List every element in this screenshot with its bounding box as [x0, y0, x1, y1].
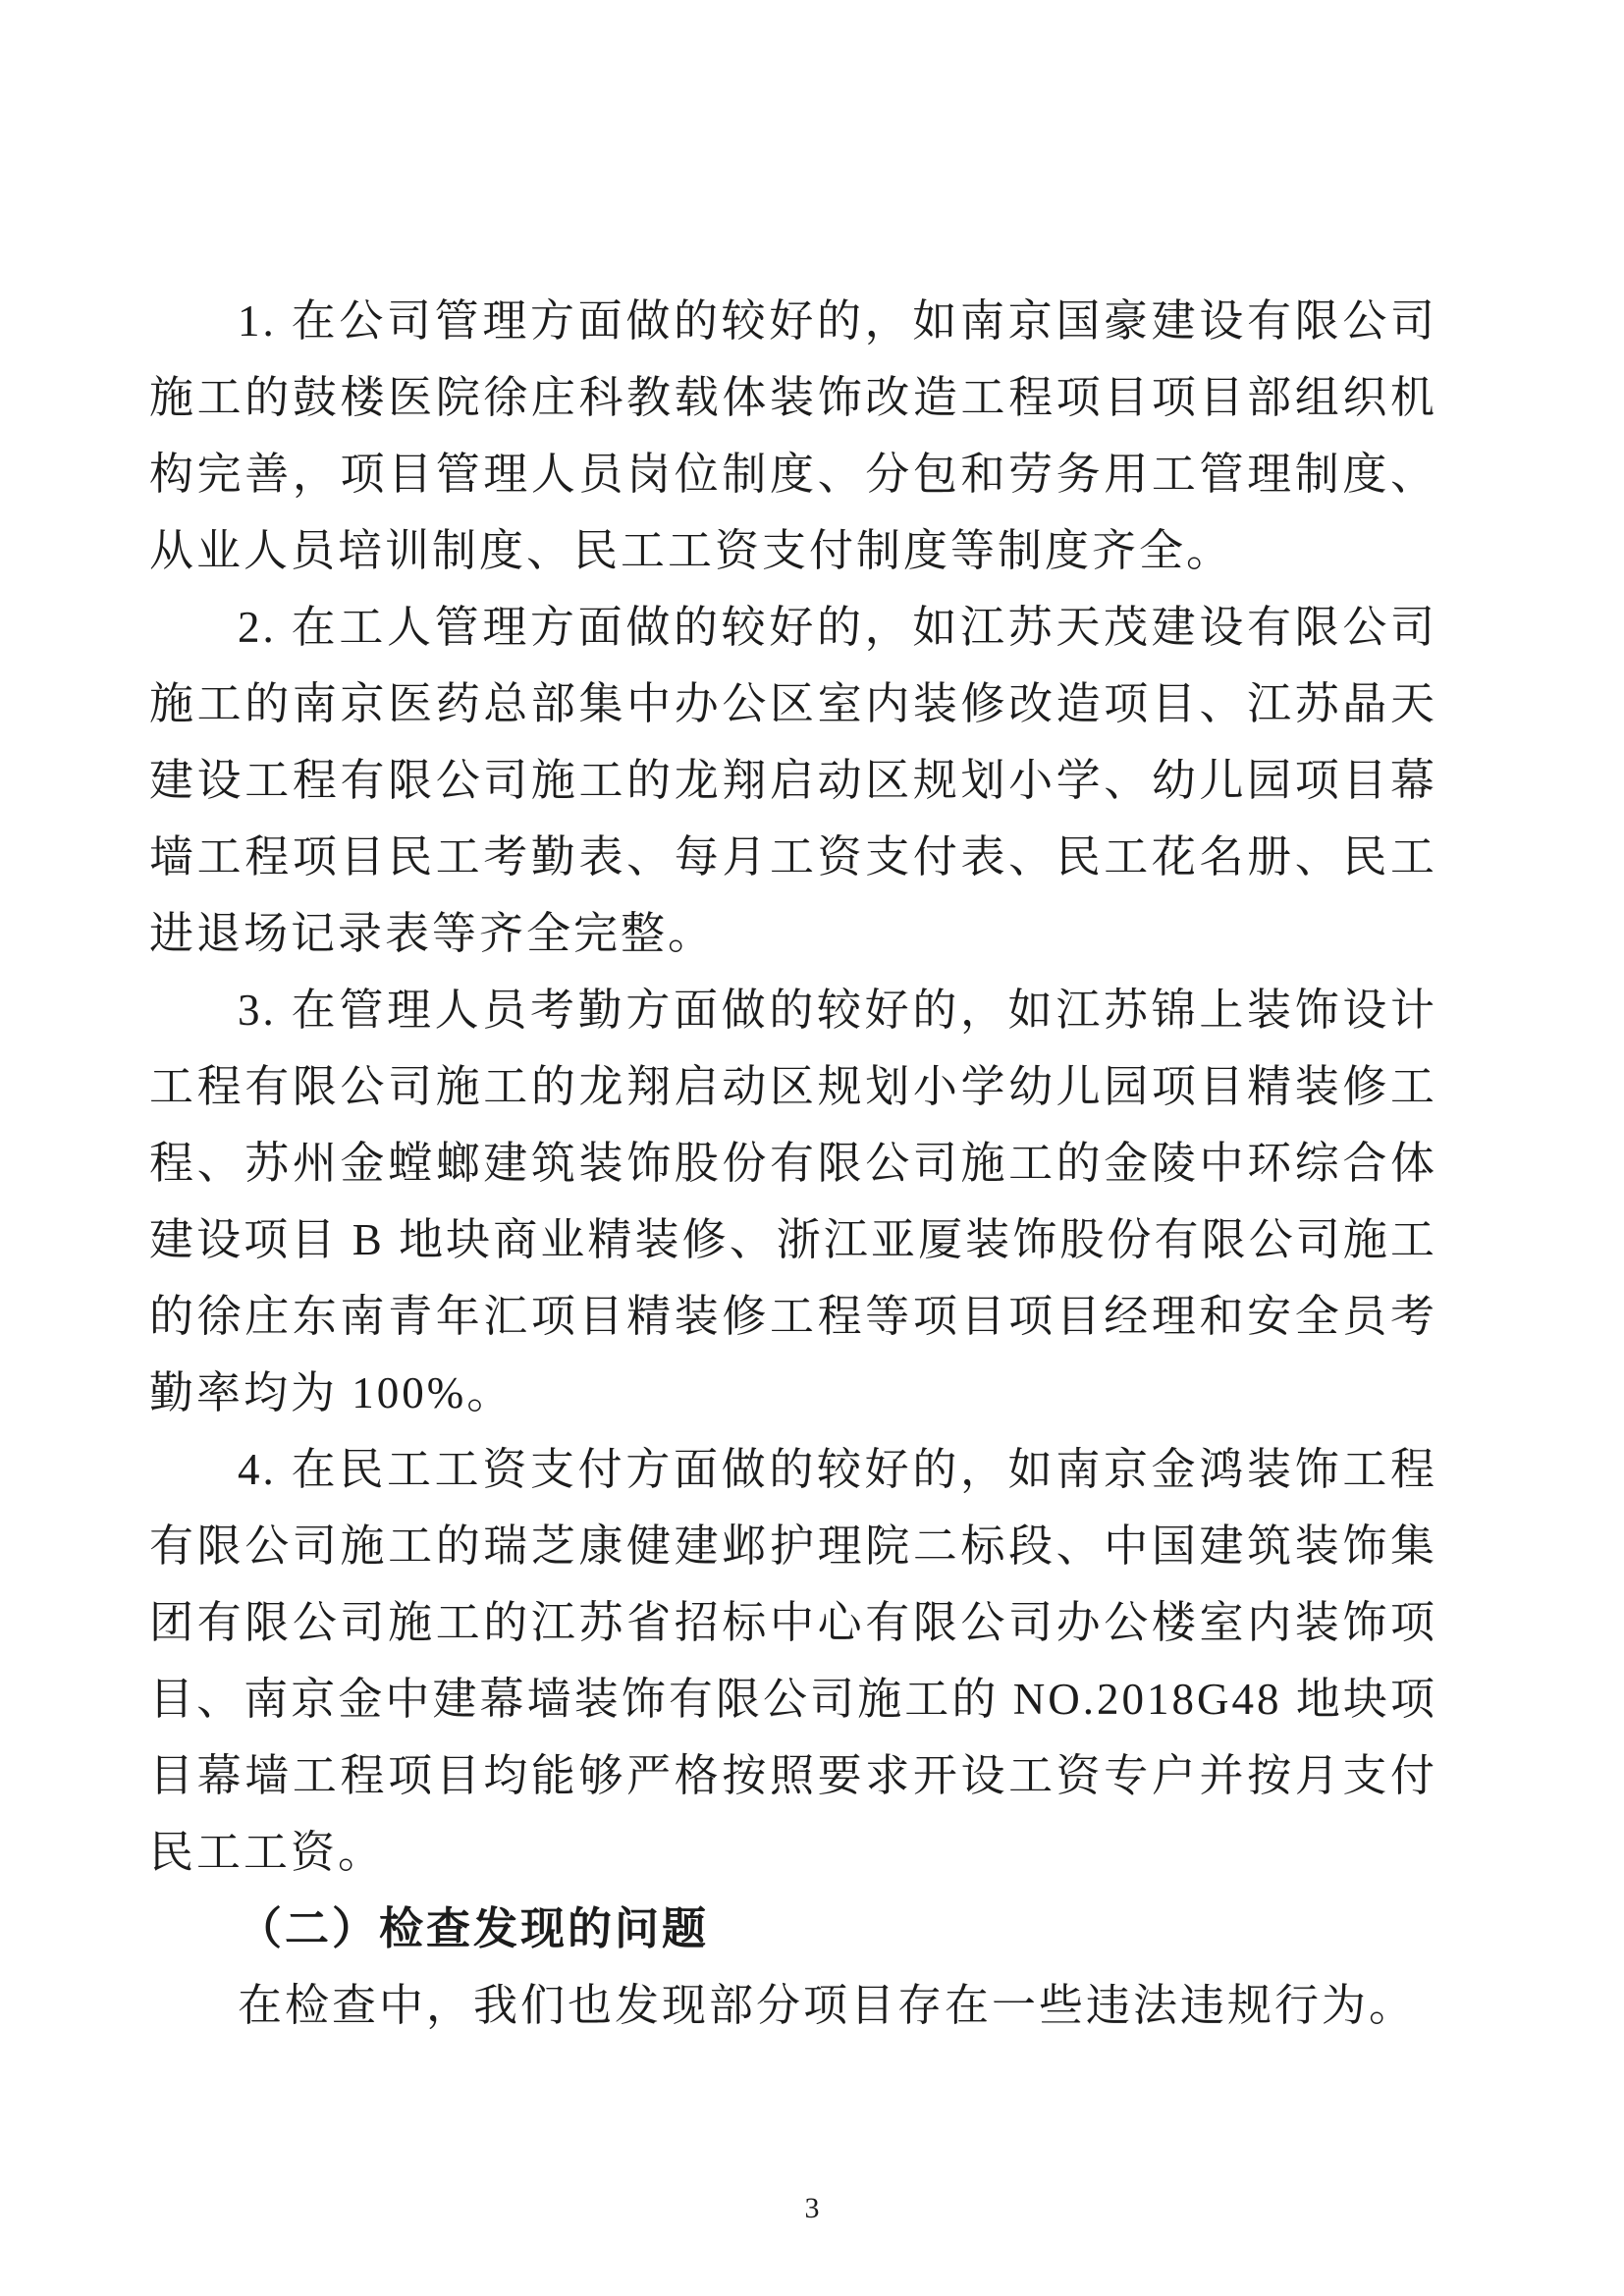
document-body: 1. 在公司管理方面做的较好的，如南京国豪建设有限公司施工的鼓楼医院徐庄科教载体… — [149, 283, 1437, 2044]
section-heading-problems-found: （二）检查发现的问题 — [149, 1891, 1437, 1967]
paragraph-attendance: 3. 在管理人员考勤方面做的较好的，如江苏锦上装饰设计工程有限公司施工的龙翔启动… — [149, 972, 1437, 1431]
paragraph-worker-management: 2. 在工人管理方面做的较好的，如江苏天茂建设有限公司施工的南京医药总部集中办公… — [149, 589, 1437, 972]
document-page: 1. 在公司管理方面做的较好的，如南京国豪建设有限公司施工的鼓楼医院徐庄科教载体… — [0, 0, 1624, 2296]
paragraph-company-management: 1. 在公司管理方面做的较好的，如南京国豪建设有限公司施工的鼓楼医院徐庄科教载体… — [149, 283, 1437, 589]
paragraph-wage-payment: 4. 在民工工资支付方面做的较好的，如南京金鸿装饰工程有限公司施工的瑞芝康健建邺… — [149, 1431, 1437, 1891]
page-number: 3 — [0, 2192, 1624, 2225]
paragraph-problems-intro: 在检查中，我们也发现部分项目存在一些违法违规行为。 — [149, 1967, 1437, 2044]
